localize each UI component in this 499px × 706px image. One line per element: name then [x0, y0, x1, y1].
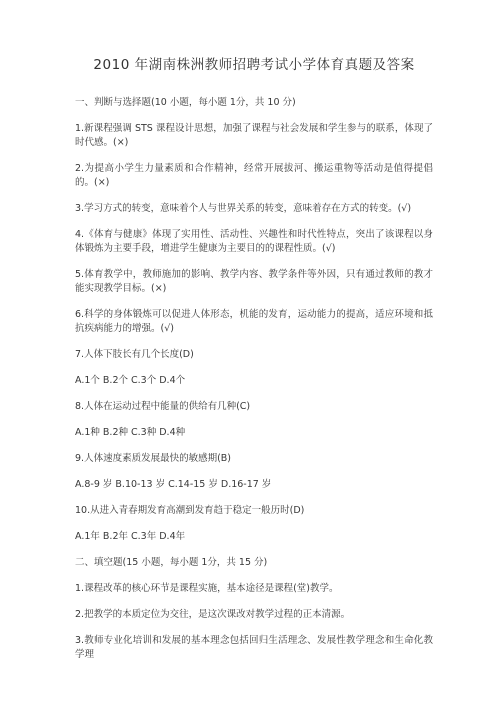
section-heading: 二、填空题(15 小题，每小题 1分，共 15 分) [75, 556, 433, 570]
paragraph: 1.课程改革的核心环节是课程实施，基本途径是课程(堂)教学。 [75, 582, 433, 596]
paragraph: 6.科学的身体锻炼可以促进人体形态，机能的发育，运动能力的提高，适应环境和抵抗疾… [75, 308, 433, 336]
paragraph: A.1年 B.2年 C.3年 D.4年 [75, 530, 433, 544]
paragraph: 9.人体速度素质发展最快的敏感期(B) [75, 452, 433, 466]
paragraph: 3.学习方式的转变，意味着个人与世界关系的转变，意味着存在方式的转变。(√) [75, 202, 433, 216]
paragraph: A.1个 B.2个 C.3个 D.4个 [75, 374, 433, 388]
paragraph: A.8-9 岁 B.10-13 岁 C.14-15 岁 D.16-17 岁 [75, 478, 433, 492]
paragraph: 1.新课程强调 STS 课程设计思想，加强了课程与社会发展和学生参与的联系，体现… [75, 122, 433, 150]
section-heading: 一、判断与选择题(10 小题，每小题 1分，共 10 分) [75, 96, 433, 110]
document-title: 2010 年湖南株洲教师招聘考试小学体育真题及答案 [75, 56, 433, 74]
paragraph: 2.把教学的本质定位为交往，是这次课改对教学过程的正本清源。 [75, 608, 433, 622]
paragraph: 10.从进入青春期发育高潮到发育趋于稳定一般历时(D) [75, 504, 433, 518]
document-page: 2010 年湖南株洲教师招聘考试小学体育真题及答案 一、判断与选择题(10 小题… [0, 0, 499, 706]
paragraph: A.1种 B.2种 C.3种 D.4种 [75, 426, 433, 440]
document-body: 一、判断与选择题(10 小题，每小题 1分，共 10 分)1.新课程强调 STS… [75, 96, 433, 662]
paragraph: 5.体育教学中，教师施加的影响、教学内容、教学条件等外因，只有通过教师的教才能实… [75, 268, 433, 296]
paragraph: 8.人体在运动过程中能量的供给有几种(C) [75, 400, 433, 414]
paragraph: 7.人体下肢长有几个长度(D) [75, 348, 433, 362]
paragraph: 4.《体育与健康》体现了实用性、活动性、兴趣性和时代性特点，突出了该课程以身体锻… [75, 228, 433, 256]
paragraph: 2.为提高小学生力量素质和合作精神，经常开展拔河、搬运重物等活动是值得提倡的。(… [75, 162, 433, 190]
paragraph: 3.教师专业化培训和发展的基本理念包括回归生活理念、发展性教学理念和生命化教学理 [75, 634, 433, 662]
